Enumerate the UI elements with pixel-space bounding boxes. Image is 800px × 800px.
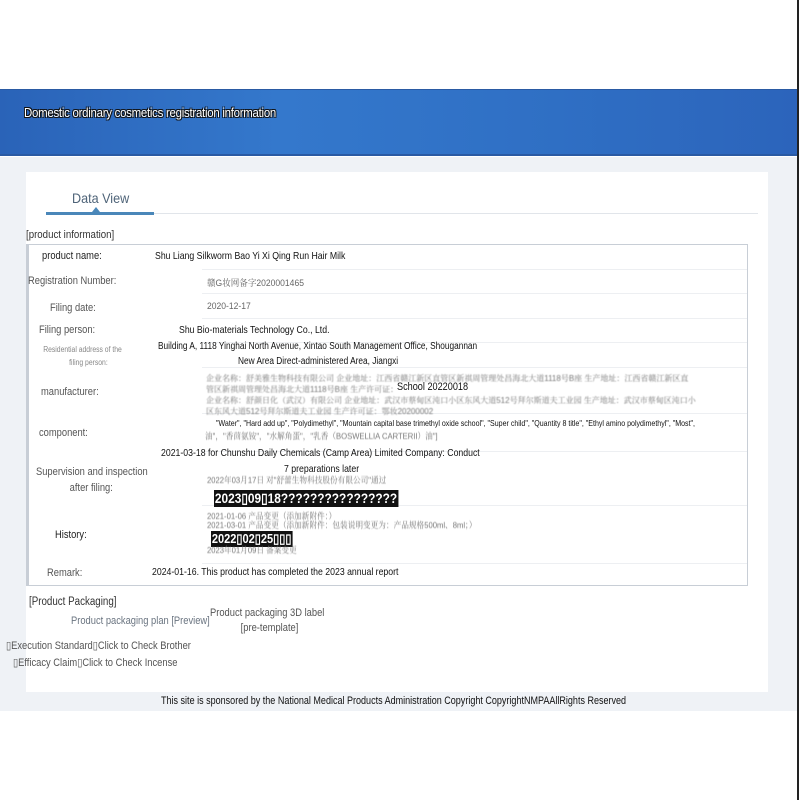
- component-label: component:: [39, 427, 88, 439]
- history-value-line2: 2021-03-01 产品变更（添加新附件：包装说明变更为：产品规格500ml、…: [207, 520, 477, 531]
- packaging-3d-label-link[interactable]: Product packaging 3D label [pre-template…: [210, 606, 321, 636]
- row-divider: [202, 367, 747, 368]
- filing-date-label: Filing date:: [50, 302, 96, 314]
- product-information-heading: [product information]: [26, 229, 114, 241]
- residential-address-value-line1: Building A, 1118 Yinghai North Avenue, X…: [158, 341, 477, 352]
- component-value-line2: 油"，"香茴氨铵"，"水解角蛋"，"乳香（BOSWELLIA CARTERII）…: [205, 431, 438, 442]
- right-edge-rule: [797, 0, 799, 800]
- row-divider: [202, 318, 747, 319]
- row-divider: [202, 293, 747, 294]
- component-value-line1: "Water", "Hard add up", "Polydimethyl", …: [216, 418, 695, 428]
- residential-address-label: Residential address of the filing person…: [40, 343, 125, 369]
- history-label: History:: [55, 529, 87, 541]
- filing-person-value: Shu Bio-materials Technology Co., Ltd.: [179, 324, 330, 336]
- supervision-label-line1: Supervision and inspection: [36, 464, 147, 480]
- remark-value: 2024-01-16. This product has completed t…: [152, 566, 398, 578]
- residential-address-value-line2: New Area Direct-administered Area, Jiang…: [238, 356, 398, 367]
- remark-label: Remark:: [47, 567, 82, 579]
- footer: This site is sponsored by the National M…: [0, 692, 797, 711]
- footer-copyright: This site is sponsored by the National M…: [161, 695, 626, 707]
- tab-caret-icon: [92, 207, 100, 212]
- packaging-3d-label-line2: [pre-template]: [210, 621, 321, 636]
- row-divider: [202, 269, 747, 270]
- product-name-value: Shu Liang Silkworm Bao Yi Xi Qing Run Ha…: [155, 250, 345, 262]
- product-packaging-heading: [Product Packaging]: [29, 596, 116, 608]
- manufacturer-line: 企业名称：舒颜日化（武汉）有限公司 企业地址：武汉市蔡甸区沌口小区东风大道512…: [206, 395, 726, 406]
- supervision-label: Supervision and inspection after filing:: [36, 464, 147, 496]
- product-name-label: product name:: [42, 250, 102, 262]
- header-banner: Domestic ordinary cosmetics registration…: [0, 89, 797, 156]
- supervision-value-line1: 2022年03月17日 对"舒蕾生物科技股份有限公司"通过: [207, 475, 386, 486]
- table-left-border: [27, 245, 29, 585]
- efficacy-claim-link[interactable]: ▯Efficacy Claim▯Click to Check Incense: [13, 656, 177, 669]
- supervision-date-badge: 2023▯09▯18????????????????: [214, 490, 398, 507]
- residential-address-label-line2: filing person:: [40, 356, 125, 369]
- execution-standard-link[interactable]: ▯Execution Standard▯Click to Check Broth…: [6, 639, 191, 652]
- supervision-label-line2: after filing:: [36, 480, 147, 496]
- manufacturer-label: manufacturer:: [41, 386, 99, 398]
- filing-person-label: Filing person:: [39, 324, 95, 336]
- registration-number-value: 赣G妆网备字2020001465: [207, 276, 304, 289]
- manufacturer-value: 企业名称：舒美雅生物科技有限公司 企业地址：江西省赣江新区直管区新祺周管理处昌海…: [206, 373, 726, 417]
- history-value-line3: 2023年01月09日 备案变更: [207, 545, 297, 556]
- tab-active-indicator: [46, 212, 154, 215]
- page-title: Domestic ordinary cosmetics registration…: [24, 105, 276, 120]
- supervision-overlay-line2: 7 preparations later: [284, 463, 359, 475]
- row-divider: [202, 563, 747, 564]
- manufacturer-license-overlay: School 20220018: [397, 381, 468, 393]
- filing-date-value: 2020-12-17: [207, 301, 251, 311]
- packaging-3d-label-line1: Product packaging 3D label: [210, 606, 321, 621]
- supervision-overlay-line1: 2021-03-18 for Chunshu Daily Chemicals (…: [161, 447, 480, 459]
- residential-address-label-line1: Residential address of the: [40, 343, 125, 356]
- tab-data-view[interactable]: Data View: [72, 190, 129, 206]
- packaging-plan-preview-link[interactable]: Product packaging plan [Preview]: [71, 615, 210, 627]
- manufacturer-line: 区东风大道512号拜尔斯道夫工业园 生产许可证：鄂妆20200002: [206, 406, 726, 417]
- registration-number-label: Registration Number:: [28, 275, 116, 287]
